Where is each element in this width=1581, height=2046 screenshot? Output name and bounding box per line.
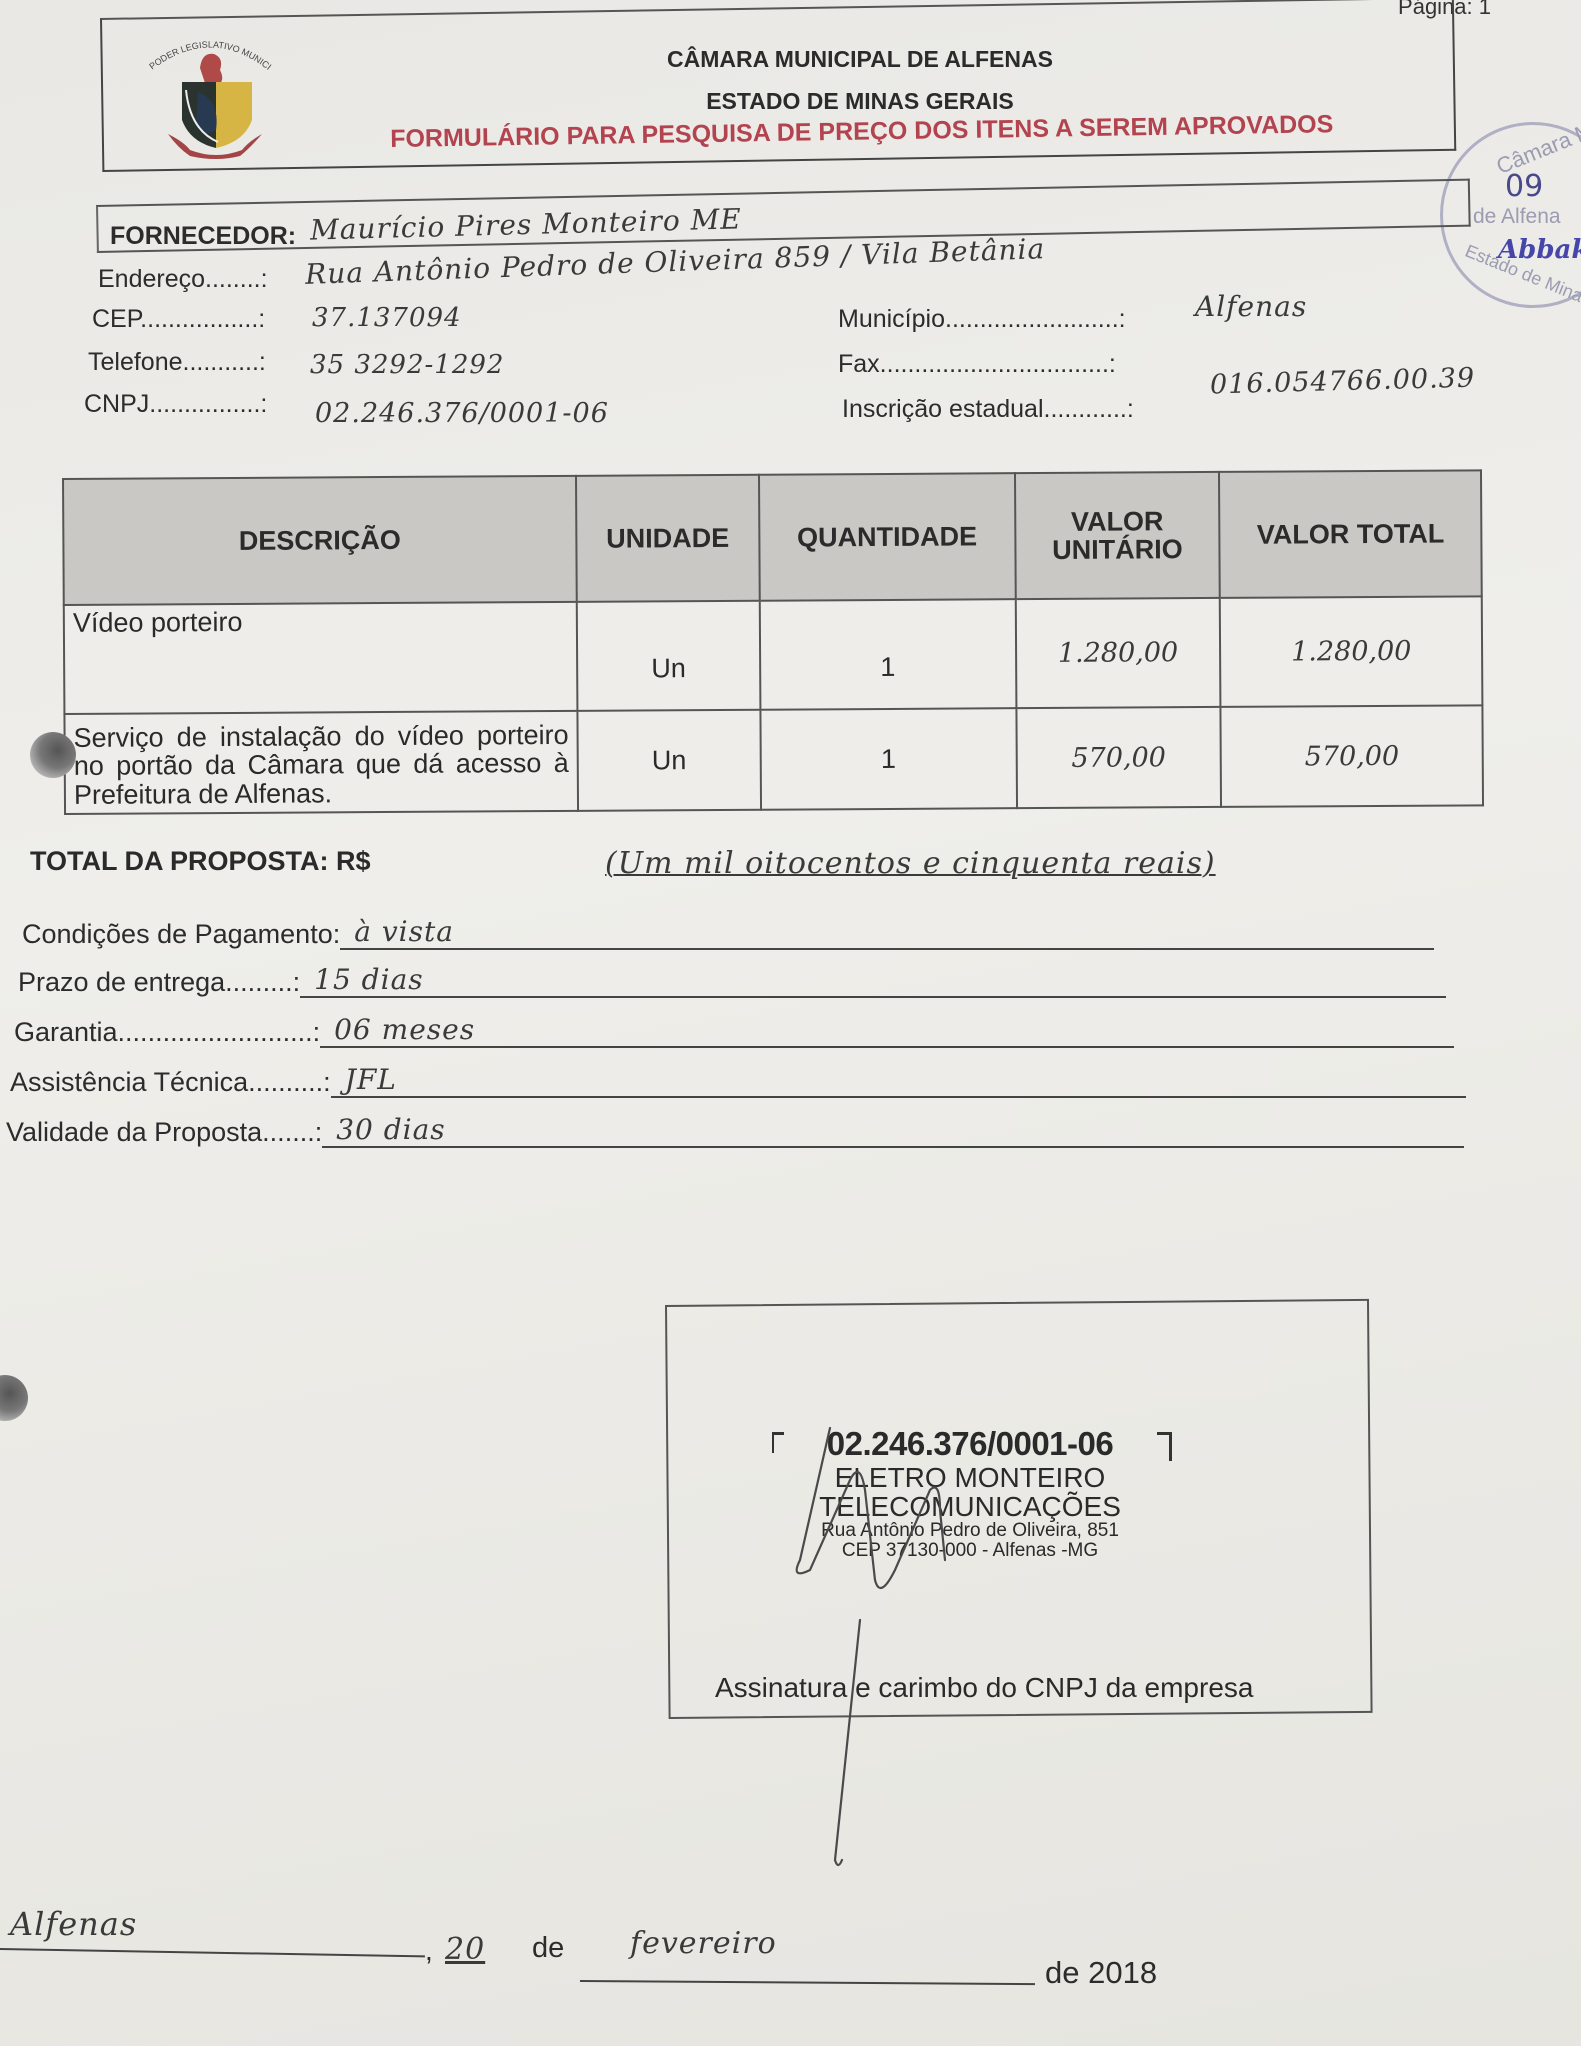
cell-valor-total[interactable]: 1.280,00 bbox=[1220, 596, 1482, 707]
garantia-row: Garantia..........................: 06 m… bbox=[14, 1016, 1454, 1048]
binder-hole bbox=[0, 1375, 28, 1421]
cnpj-label: CNPJ................: bbox=[84, 390, 267, 419]
municipio-value[interactable]: Alfenas bbox=[1195, 290, 1307, 323]
condicoes-pagamento-value[interactable]: à vista bbox=[340, 918, 1434, 950]
telefone-value[interactable]: 35 3292-1292 bbox=[310, 350, 504, 380]
stamp-cnpj: 02.246.376/0001-06 bbox=[760, 1425, 1180, 1463]
stamp-address: Rua Antônio Pedro de Oliveira, 851 bbox=[760, 1521, 1180, 1541]
header-quantidade: QUANTIDADE bbox=[759, 473, 1016, 601]
validade-proposta-label: Validade da Proposta.......: bbox=[6, 1117, 322, 1148]
total-label: TOTAL DA PROPOSTA: R$ bbox=[30, 846, 371, 877]
stamp-company-name-1: ELETRO MONTEIRO bbox=[760, 1463, 1180, 1492]
date-day[interactable]: 20 bbox=[445, 1932, 485, 1967]
header-valor-total: VALOR TOTAL bbox=[1219, 470, 1481, 598]
condicoes-pagamento-label: Condições de Pagamento: bbox=[22, 919, 340, 950]
garantia-label: Garantia..........................: bbox=[14, 1017, 320, 1048]
cell-quantidade: 1 bbox=[760, 708, 1016, 810]
inscricao-estadual-label: Inscrição estadual............: bbox=[842, 395, 1134, 424]
cell-unidade: Un bbox=[577, 601, 760, 711]
fornecedor-label: FORNECEDOR: bbox=[110, 222, 296, 250]
date-de-1: de bbox=[532, 1932, 564, 1965]
prazo-entrega-row: Prazo de entrega.........: 15 dias bbox=[18, 966, 1446, 998]
cell-quantidade: 1 bbox=[760, 599, 1016, 710]
table-row: Vídeo porteiro Un 1 1.280,00 1.280,00 bbox=[64, 596, 1483, 714]
prazo-entrega-label: Prazo de entrega.........: bbox=[18, 967, 300, 998]
items-table: DESCRIÇÃO UNIDADE QUANTIDADE VALOR UNITÁ… bbox=[62, 469, 1484, 815]
assistencia-tecnica-value[interactable]: JFL bbox=[331, 1066, 1466, 1098]
date-city[interactable]: Alfenas bbox=[10, 1905, 137, 1943]
cell-valor-total[interactable]: 570,00 bbox=[1221, 705, 1483, 807]
signature-caption: Assinatura e carimbo do CNPJ da empresa bbox=[715, 1672, 1253, 1704]
header-title-line1: CÂMARA MUNICIPAL DE ALFENAS bbox=[0, 46, 1581, 73]
date-comma: , bbox=[425, 1935, 433, 1967]
date-month[interactable]: fevereiro bbox=[630, 1926, 777, 1961]
cep-value[interactable]: 37.137094 bbox=[312, 303, 462, 333]
condicoes-pagamento-row: Condições de Pagamento: à vista bbox=[22, 918, 1434, 950]
header-descricao: DESCRIÇÃO bbox=[63, 476, 577, 605]
date-year: de 2018 bbox=[1045, 1955, 1157, 1991]
cell-descricao: Serviço de instalação do vídeo porteiro … bbox=[64, 711, 578, 814]
date-month-line bbox=[580, 1980, 1035, 1985]
table-row: Serviço de instalação do vídeo porteiro … bbox=[64, 705, 1483, 814]
inscricao-estadual-value[interactable]: 016.054766.00.39 bbox=[1210, 363, 1476, 401]
header-title-line2: ESTADO DE MINAS GERAIS bbox=[0, 88, 1581, 115]
cell-descricao: Vídeo porteiro bbox=[64, 602, 578, 714]
cep-label: CEP.................: bbox=[92, 305, 265, 334]
stamp-city: CEP 37130-000 - Alfenas -MG bbox=[760, 1541, 1180, 1561]
cnpj-value[interactable]: 02.246.376/0001-06 bbox=[315, 398, 609, 429]
validade-proposta-value[interactable]: 30 dias bbox=[322, 1116, 1464, 1148]
telefone-label: Telefone...........: bbox=[88, 348, 266, 377]
stamp-middle-text: de Alfena bbox=[1473, 205, 1561, 229]
endereco-label: Endereço........: bbox=[98, 265, 268, 294]
date-city-line bbox=[0, 1948, 425, 1957]
garantia-value[interactable]: 06 meses bbox=[320, 1016, 1454, 1048]
cell-valor-unitario[interactable]: 1.280,00 bbox=[1015, 598, 1220, 708]
supplier-label-row: FORNECEDOR: bbox=[110, 222, 296, 251]
stamp-company-name-2: TELECOMUNICAÇÕES bbox=[760, 1492, 1180, 1521]
total-value-words[interactable]: (Um mil oitocentos e cinquenta reais) bbox=[605, 846, 1216, 881]
company-cnpj-stamp: 02.246.376/0001-06 ELETRO MONTEIRO TELEC… bbox=[760, 1425, 1180, 1561]
assistencia-tecnica-row: Assistência Técnica..........: JFL bbox=[10, 1066, 1466, 1098]
municipio-label: Município.........................: bbox=[838, 305, 1126, 334]
validade-proposta-row: Validade da Proposta.......: 30 dias bbox=[6, 1116, 1464, 1148]
cell-unidade: Un bbox=[577, 710, 760, 811]
assistencia-tecnica-label: Assistência Técnica..........: bbox=[10, 1067, 331, 1098]
binder-hole bbox=[30, 732, 76, 778]
header-valor-unitario: VALOR UNITÁRIO bbox=[1015, 472, 1221, 599]
fax-label: Fax.................................: bbox=[838, 350, 1116, 379]
table-header-row: DESCRIÇÃO UNIDADE QUANTIDADE VALOR UNITÁ… bbox=[63, 470, 1482, 605]
stamp-page-number: 09 bbox=[1505, 169, 1543, 204]
cell-valor-unitario[interactable]: 570,00 bbox=[1016, 707, 1221, 808]
header-unidade: UNIDADE bbox=[576, 475, 760, 602]
prazo-entrega-value[interactable]: 15 dias bbox=[300, 966, 1446, 998]
